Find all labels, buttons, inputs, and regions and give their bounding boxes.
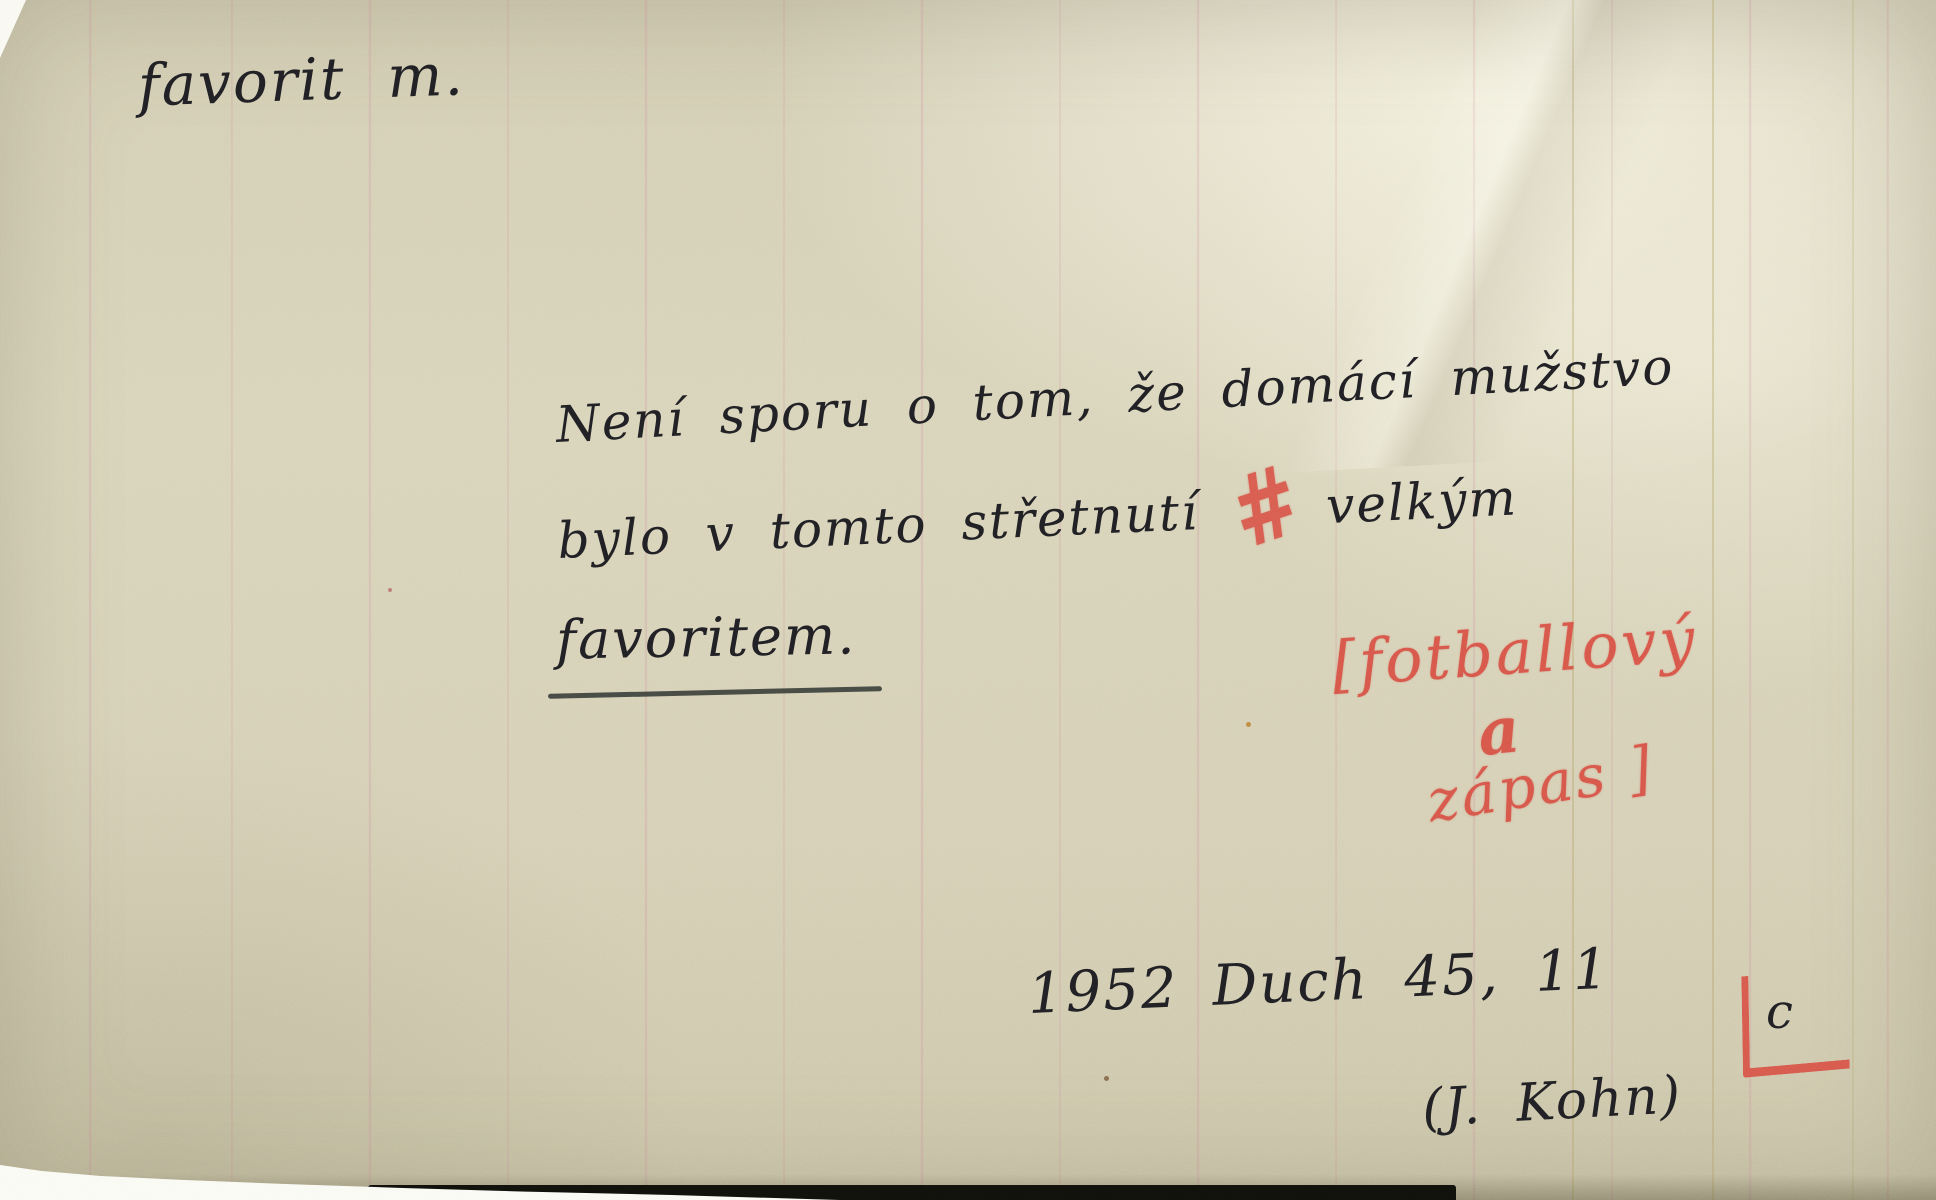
red-annotation-line-2: zápas ] [1423,733,1660,836]
citation-source: Duch 45, 11 [1211,937,1612,1019]
headword-line: favoritm. [137,40,466,119]
paper-speck [388,588,392,592]
citation-part-letter: c [1766,984,1795,1040]
headword: favorit [137,44,347,119]
red-corner-mark [1741,967,1849,1078]
excerpt-slip-scan: favoritm. Není sporu o tom, že domácí mu… [0,0,1936,1200]
citation-line: 1952Duch 45, 11 [1027,937,1612,1027]
paper-grain-texture [0,0,1936,1200]
paper-speck [1104,1076,1109,1081]
paper-speck [1246,722,1251,727]
citation-year: 1952 [1027,955,1180,1027]
olive-rule-line [1852,0,1854,1200]
olive-rule-line [1712,0,1714,1200]
red-insertion-mark: # [1216,443,1314,572]
quotation-line-2-after: velkým [1325,468,1519,535]
quotation-line-3: favoritem. [555,603,856,671]
gender-abbreviation: m. [386,40,466,111]
olive-rule-line [1572,0,1574,1200]
ruled-lines [0,0,1936,1200]
paper-corner-gap [0,0,26,58]
underline-stroke [548,686,882,699]
quotation-line-1: Není sporu o tom, že domácí mužstvo [554,337,1675,454]
red-annotation-line-1: [fotballový [1329,603,1699,701]
quotation-line-2-before: bylo v tomto střetnutí [556,483,1200,570]
attribution: (J. Kohn) [1421,1065,1684,1139]
red-margin-letter: a [1474,692,1526,771]
quotation-line-2: bylo v tomto střetnutí # velkým [556,468,1519,585]
